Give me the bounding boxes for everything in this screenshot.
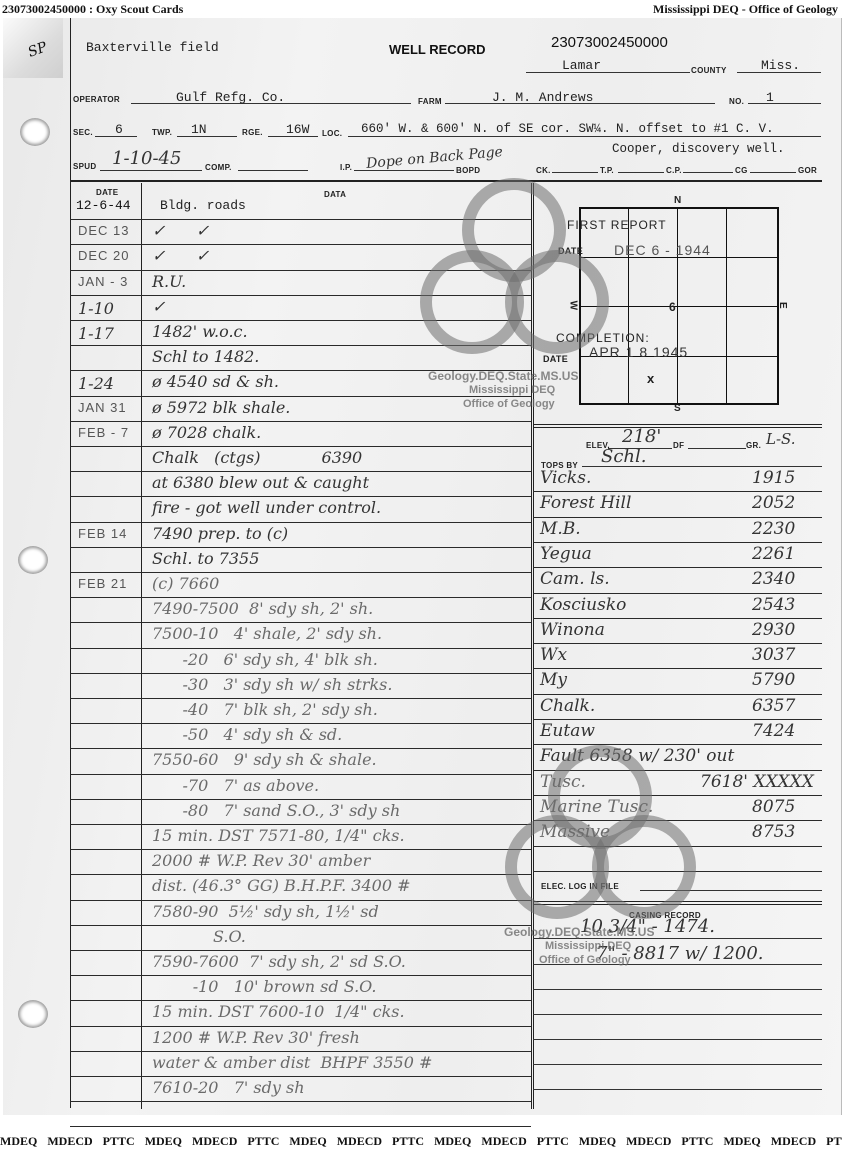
- log-entry: 7490 prep. to (c): [152, 524, 288, 543]
- sec-value: 6: [115, 122, 123, 137]
- footer-sponsor-label: PTTC: [537, 1134, 569, 1148]
- plat-divider-double: [533, 427, 822, 428]
- casing-underline: [533, 1089, 822, 1090]
- footer-sponsor-label: PTTC: [103, 1134, 135, 1148]
- log-row-rule: [70, 648, 531, 649]
- formation-depth: 7618' XXXXX: [700, 772, 814, 792]
- log-row-rule: [70, 900, 531, 901]
- county-label: COUNTY: [691, 66, 727, 75]
- log-entry: Schl to 1482.: [152, 347, 259, 366]
- tops-row-rule: [533, 618, 822, 619]
- tops-row-rule: [533, 694, 822, 695]
- formation-name: Eutaw: [540, 721, 595, 741]
- cp-label: C.P.: [666, 166, 682, 175]
- county-value: Lamar: [562, 58, 601, 73]
- gor-label: GOR: [798, 166, 817, 175]
- log-entry: 7550-60 9' sdy sh & shale.: [152, 750, 377, 769]
- location-line-1: 660' W. & 600' N. of SE cor. SW¼. N. off…: [361, 122, 774, 136]
- footer-sponsor-label: MDECD: [771, 1134, 816, 1148]
- log-entry: Bldg. roads: [160, 198, 246, 213]
- county-underline: [526, 72, 690, 73]
- log-row-rule: [70, 1101, 531, 1102]
- log-entry: at 6380 blew out & caught: [152, 473, 369, 492]
- log-row-rule: [70, 1026, 531, 1027]
- footer-sponsor-label: MDECD: [481, 1134, 526, 1148]
- log-entry: water & amber dist BHPF 3550 #: [152, 1053, 432, 1072]
- log-row-rule: [70, 950, 531, 951]
- log-row-rule: [70, 698, 531, 699]
- log-entry: ✓ ✓: [152, 246, 209, 265]
- cg-underline: [750, 172, 796, 173]
- log-entry: 1482' w.o.c.: [152, 322, 248, 341]
- log-entry: 15 min. DST 7571-80, 1/4" cks.: [152, 826, 405, 845]
- state-value: Miss.: [761, 58, 800, 73]
- elev-value: 218': [622, 426, 661, 447]
- log-row-rule: [70, 471, 531, 472]
- log-row-rule: [70, 925, 531, 926]
- footer-sponsor-label: PTTC: [826, 1134, 842, 1148]
- no-label: NO.: [729, 97, 744, 106]
- log-entry: 7500-10 4' shale, 2' sdy sh.: [152, 624, 382, 643]
- spud-date: 1-10-45: [112, 148, 181, 169]
- log-entry: S.O.: [152, 927, 246, 946]
- log-entry: -10 10' brown sd S.O.: [152, 977, 376, 996]
- log-row-rule: [70, 874, 531, 875]
- df-underline: [688, 448, 746, 449]
- rge-label: RGE.: [242, 128, 263, 137]
- footer-sponsor-label: PTTC: [247, 1134, 279, 1148]
- operator-value: Gulf Refg. Co.: [176, 90, 285, 105]
- log-row-rule: [70, 522, 531, 523]
- tops-row-rule: [533, 567, 822, 568]
- formation-name: M.B.: [540, 519, 581, 539]
- log-entry: -70 7' as above.: [152, 776, 319, 795]
- farm-label: FARM: [418, 97, 442, 106]
- rge-value: 16W: [286, 122, 309, 137]
- punch-hole-middle: [18, 546, 48, 574]
- formation-depth: 6357: [752, 696, 795, 716]
- tops-by-value: Schl.: [601, 446, 646, 467]
- casing-underline: [533, 1039, 822, 1040]
- log-entry: Schl. to 7355: [152, 549, 259, 568]
- data-column-header: DATA: [324, 190, 346, 199]
- tops-row-rule: [533, 491, 822, 492]
- log-entry: (c) 7660: [152, 574, 219, 593]
- first-report-date: DEC 6 - 1944: [614, 242, 711, 258]
- watermark-url: Geology.DEQ.State.MS.US: [428, 369, 578, 383]
- casing-underline: [533, 989, 822, 990]
- tops-row-rule: [533, 517, 822, 518]
- section-plat-grid: [579, 207, 779, 405]
- log-date: DEC 20: [78, 248, 130, 263]
- form-title: WELL RECORD: [389, 42, 486, 57]
- watermark-office: Office of Geology: [463, 398, 555, 410]
- log-date: FEB 21: [78, 576, 127, 591]
- formation-name: My: [540, 670, 567, 690]
- log-date: 1-24: [78, 374, 114, 393]
- log-entry: -30 3' sdy sh w/ sh strks.: [152, 675, 392, 694]
- twp-label: TWP.: [152, 128, 172, 137]
- cg-label: CG: [735, 166, 748, 175]
- log-date: FEB 14: [78, 526, 127, 541]
- comp-underline: [238, 170, 308, 171]
- plat-grid-line: [581, 306, 777, 307]
- log-date: 1-10: [78, 299, 114, 318]
- log-row-rule: [70, 673, 531, 674]
- gr-value: L-S.: [766, 430, 796, 448]
- farm-value: J. M. Andrews: [492, 90, 593, 105]
- well-location-mark: x: [647, 371, 655, 386]
- formation-depth: 3037: [752, 645, 795, 665]
- log-row-rule: [70, 1000, 531, 1001]
- log-entry: ø 5972 blk shale.: [152, 398, 290, 417]
- log-entry: ø 7028 chalk.: [152, 423, 261, 442]
- formation-depth: 1915: [752, 468, 795, 488]
- log-row-rule: [70, 1126, 531, 1127]
- formation-name: Chalk.: [540, 696, 595, 716]
- tp-label: T.P.: [600, 166, 614, 175]
- log-date: 12-6-44: [76, 198, 131, 213]
- footer-sponsor-label: MDECD: [337, 1134, 382, 1148]
- footer-sponsor-label: PTTC: [392, 1134, 424, 1148]
- watermark-agency: Mississippi DEQ: [469, 384, 555, 396]
- sec-label: SEC.: [73, 128, 93, 137]
- operator-label: OPERATOR: [73, 95, 120, 104]
- log-entry: 7610-20 7' sdy sh: [152, 1078, 305, 1097]
- log-row-rule: [70, 975, 531, 976]
- watermark-logo-circle: [505, 250, 609, 354]
- log-row-rule: [70, 622, 531, 623]
- formation-depth: 2230: [752, 519, 795, 539]
- spud-underline: [100, 170, 202, 171]
- footer-sponsor-label: MDEQ: [434, 1134, 471, 1148]
- formation-name: Kosciusko: [540, 595, 626, 615]
- log-row-rule: [70, 597, 531, 598]
- formation-depth: 2340: [752, 569, 795, 589]
- log-entry: R.U.: [152, 272, 186, 291]
- date-column-header: DATE: [96, 188, 118, 197]
- footer-sponsor-label: MDEQ: [289, 1134, 326, 1148]
- log-entry: 7490-7500 8' sdy sh, 2' sh.: [152, 599, 373, 618]
- log-entry: 7580-90 5½' sdy sh, 1½' sd: [152, 902, 379, 921]
- tops-row-rule: [533, 744, 822, 745]
- log-entry: 2000 # W.P. Rev 30' amber: [152, 851, 370, 870]
- twp-value: 1N: [191, 122, 207, 137]
- ck-label: CK.: [536, 166, 551, 175]
- plat-section-number: 6: [669, 300, 676, 314]
- log-row-rule: [70, 774, 531, 775]
- footer-sponsor-label: PTTC: [681, 1134, 713, 1148]
- log-date: FEB - 7: [78, 425, 129, 440]
- log-entry: ✓ ✓: [152, 221, 209, 240]
- publisher-title: Mississippi DEQ - Office of Geology: [653, 2, 838, 17]
- formation-name: Winona: [540, 620, 605, 640]
- log-row-rule: [70, 799, 531, 800]
- document-title: 23073002450000 : Oxy Scout Cards: [2, 2, 183, 17]
- ck-underline: [552, 172, 598, 173]
- plat-divider: [533, 424, 822, 425]
- completion-date: APR 1 8 1945: [589, 344, 688, 360]
- log-row-rule: [70, 748, 531, 749]
- log-date: 1-17: [78, 324, 114, 343]
- log-entry: fire - got well under control.: [152, 498, 381, 517]
- viewer-title-bar: 23073002450000 : Oxy Scout Cards Mississ…: [0, 0, 842, 18]
- log-row-rule: [70, 1051, 531, 1052]
- log-row-rule: [70, 446, 531, 447]
- watermark-logo-circle: [592, 815, 696, 919]
- footer-sponsor-label: MDEQ: [0, 1134, 37, 1148]
- tops-row-rule: [533, 719, 822, 720]
- watermark-url: Geology.DEQ.State.MS.US: [504, 925, 654, 939]
- log-date: DEC 13: [78, 223, 130, 238]
- footer-sponsor-label: MDEQ: [145, 1134, 182, 1148]
- ip-label: I.P.: [340, 163, 352, 172]
- log-entry: 7590-7600 7' sdy sh, 2' sd S.O.: [152, 952, 406, 971]
- tops-row-rule: [533, 593, 822, 594]
- location-line-2: Cooper, discovery well.: [612, 142, 785, 156]
- tops-row-rule: [533, 542, 822, 543]
- field-name: Baxterville field: [86, 40, 219, 55]
- well-number: 1: [766, 90, 774, 105]
- cp-underline: [683, 172, 733, 173]
- log-row-rule: [70, 849, 531, 850]
- log-row-rule: [70, 496, 531, 497]
- first-report-label: FIRST REPORT: [567, 218, 667, 232]
- log-entry: -80 7' sand S.O., 3' sdy sh: [152, 801, 400, 820]
- formation-depth: 2052: [752, 493, 795, 513]
- log-row-rule: [70, 396, 531, 397]
- log-entry: 1200 # W.P. Rev 30' fresh: [152, 1028, 360, 1047]
- plat-north: N: [674, 195, 682, 206]
- footer-sponsor-label: MDECD: [626, 1134, 671, 1148]
- log-entry: -40 7' blk sh, 2' sdy sh.: [152, 700, 378, 719]
- footer-sponsor-label: MDEQ: [723, 1134, 760, 1148]
- log-row-rule: [70, 1076, 531, 1077]
- log-entry: ✓: [152, 297, 165, 316]
- formation-name: Wx: [540, 645, 567, 665]
- comp-label: COMP.: [205, 163, 232, 172]
- log-date: JAN 31: [78, 400, 127, 415]
- log-row-rule: [70, 824, 531, 825]
- footer-sponsor-label: MDECD: [192, 1134, 237, 1148]
- log-row-rule: [70, 244, 531, 245]
- tp-underline: [618, 172, 664, 173]
- date-column-divider: [141, 183, 142, 1109]
- footer-sponsor-label: MDECD: [47, 1134, 92, 1148]
- casing-underline: [533, 1014, 822, 1015]
- log-date: JAN - 3: [78, 274, 128, 289]
- formation-name: Cam. ls.: [540, 569, 610, 589]
- footer-sponsor-label: MDEQ: [579, 1134, 616, 1148]
- watermark-agency: Mississippi DEQ: [545, 940, 631, 952]
- log-entry: dist. (46.3° GG) B.H.P.F. 3400 #: [152, 876, 411, 895]
- tops-row-rule: [533, 643, 822, 644]
- formation-depth: 8075: [752, 797, 795, 817]
- completion-date-label: DATE: [543, 354, 568, 364]
- api-number: 23073002450000: [551, 34, 668, 51]
- header-divider: [70, 180, 822, 182]
- log-row-rule: [70, 421, 531, 422]
- formation-depth: 2930: [752, 620, 795, 640]
- log-entry: ø 4540 sd & sh.: [152, 372, 279, 391]
- df-label: DF: [673, 441, 684, 450]
- log-entry: Chalk (ctgs) 6390: [152, 448, 362, 467]
- gr-label: GR.: [746, 441, 761, 450]
- loc-label: LOC.: [322, 129, 342, 138]
- log-row-rule: [70, 723, 531, 724]
- formation-depth: 7424: [752, 721, 795, 741]
- punch-hole-top: [20, 118, 50, 146]
- formation-depth: 2261: [752, 544, 795, 564]
- formation-depth: 8753: [752, 822, 795, 842]
- formation-name: Vicks.: [540, 468, 591, 488]
- log-entry: -20 6' sdy sh, 4' blk sh.: [152, 650, 378, 669]
- formation-depth: 5790: [752, 670, 795, 690]
- formation-name: Forest Hill: [540, 493, 631, 513]
- loc-underline: [348, 136, 821, 137]
- spud-label: SPUD: [73, 162, 96, 171]
- formation-depth: 2543: [752, 595, 795, 615]
- footer-sponsor-strip: MDEQMDECDPTTCMDEQMDECDPTTCMDEQMDECDPTTCM…: [0, 1134, 842, 1149]
- no-underline: [748, 103, 821, 104]
- log-row-rule: [70, 547, 531, 548]
- watermark-office: Office of Geology: [539, 954, 631, 966]
- log-entry: 15 min. DST 7600-10 1/4" cks.: [152, 1002, 405, 1021]
- log-row-rule: [70, 572, 531, 573]
- tops-row-rule: [533, 668, 822, 669]
- bopd-label: BOPD: [456, 166, 480, 175]
- formation-name: Yegua: [540, 544, 592, 564]
- twp-underline: [177, 136, 237, 137]
- punch-hole-bottom: [18, 1000, 48, 1028]
- casing-underline: [533, 1064, 822, 1065]
- log-entry: -50 4' sdy sh & sd.: [152, 725, 342, 744]
